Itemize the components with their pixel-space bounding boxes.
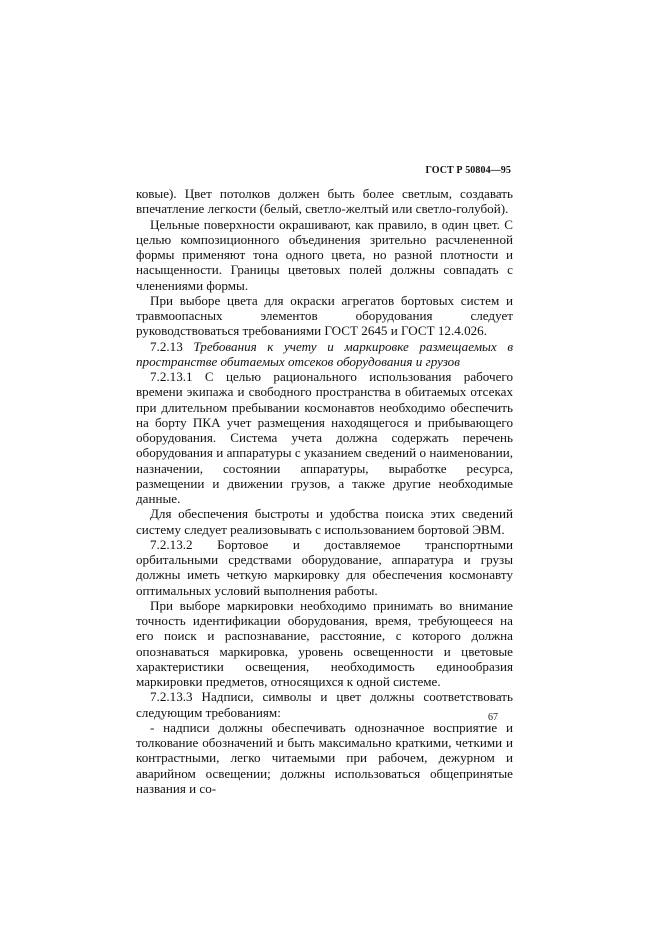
page-number: 67 <box>488 712 498 723</box>
paragraph: При выборе маркировки необходимо принима… <box>136 598 513 690</box>
section-heading: 7.2.13 Требования к учету и маркировке р… <box>136 339 513 370</box>
standard-header: ГОСТ Р 50804—95 <box>425 165 511 176</box>
document-page: ГОСТ Р 50804—95 ковые). Цвет потолков до… <box>0 0 661 935</box>
paragraph: 7.2.13.3 Надписи, символы и цвет должны … <box>136 689 513 720</box>
paragraph: Для обеспечения быстроты и удобства поис… <box>136 506 513 537</box>
paragraph: ковые). Цвет потолков должен быть более … <box>136 186 513 217</box>
paragraph: 7.2.13.2 Бортовое и доставляемое транспо… <box>136 537 513 598</box>
list-item: - надписи должны обеспечивать однозначно… <box>136 720 513 796</box>
section-title: Требования к учету и маркировке размещае… <box>136 339 513 369</box>
paragraph: Цельные поверхности окрашивают, как прав… <box>136 217 513 293</box>
paragraph: 7.2.13.1 С целью рационального использов… <box>136 369 513 506</box>
body-text: ковые). Цвет потолков должен быть более … <box>136 186 513 796</box>
section-number: 7.2.13 <box>150 339 183 354</box>
paragraph: При выборе цвета для окраски агрегатов б… <box>136 293 513 339</box>
